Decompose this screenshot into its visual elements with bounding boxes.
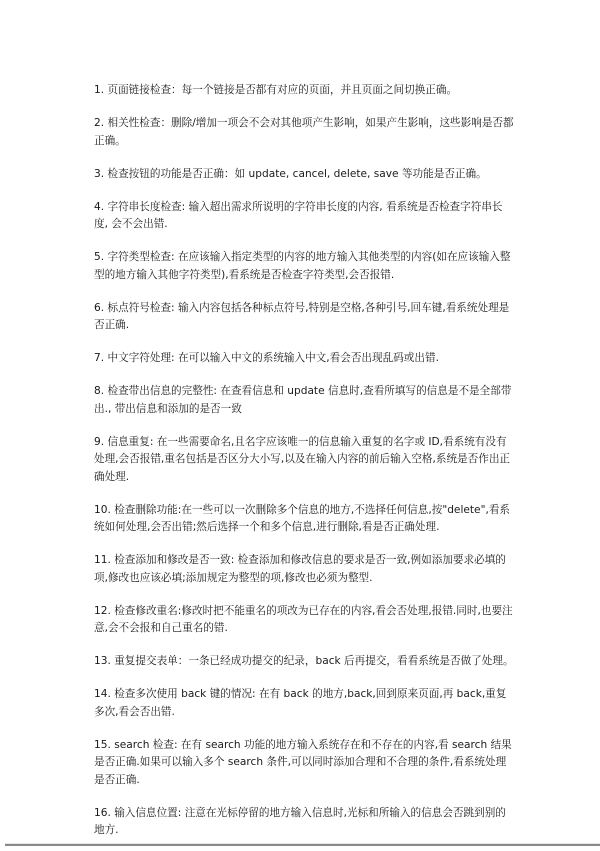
checklist-item-multiple-back: 14. 检查多次使用 back 键的情况: 在有 back 的地方,back,回… <box>94 686 514 721</box>
checklist-item-duplicate-info: 9. 信息重复: 在一些需要命名,且名字应该唯一的信息输入重复的名字或 ID,看… <box>94 434 514 487</box>
page-bottom-divider <box>5 844 600 846</box>
checklist-item-character-type-check: 5. 字符类型检查: 在应该输入指定类型的内容的地方输入其他类型的内容(如在应该… <box>94 249 514 284</box>
checklist-item-search-check: 15. search 检查: 在有 search 功能的地方输入系统存在和不存在… <box>94 737 514 790</box>
checklist-item-resubmit-form: 13. 重复提交表单：一条已经成功提交的纪录，back 后再提交，看看系统是否做… <box>94 653 514 671</box>
checklist-item-edit-duplicate-name: 12. 检查修改重名:修改时把不能重名的项改为已存在的内容,看会否处理,报错.同… <box>94 603 514 638</box>
checklist-item-page-link-check: 1. 页面链接检查：每一个链接是否都有对应的页面，并且页面之间切换正确。 <box>94 82 514 100</box>
document-page: 1. 页面链接检查：每一个链接是否都有对应的页面，并且页面之间切换正确。 2. … <box>94 82 514 851</box>
checklist-item-string-length-check: 4. 字符串长度检查: 输入超出需求所说明的字符串长度的内容, 看系统是否检查字… <box>94 199 514 234</box>
checklist-item-button-function-check: 3. 检查按钮的功能是否正确：如 update, cancel, delete,… <box>94 166 514 184</box>
checklist-item-dependency-check: 2. 相关性检查：删除/增加一项会不会对其他项产生影响，如果产生影响，这些影响是… <box>94 115 514 150</box>
checklist-item-carried-info-completeness: 8. 检查带出信息的完整性: 在查看信息和 update 信息时,查看所填写的信… <box>94 383 514 418</box>
checklist-item-delete-function-check: 10. 检查删除功能:在一些可以一次删除多个信息的地方,不选择任何信息,按"de… <box>94 502 514 537</box>
checklist-item-add-edit-consistency: 11. 检查添加和修改是否一致: 检查添加和修改信息的要求是否一致,例如添加要求… <box>94 552 514 587</box>
checklist-item-punctuation-check: 6. 标点符号检查: 输入内容包括各种标点符号,特别是空格,各种引号,回车键,看… <box>94 300 514 335</box>
checklist-item-chinese-character-handling: 7. 中文字符处理: 在可以输入中文的系统输入中文,看会否出现乱码或出错. <box>94 350 514 368</box>
checklist-item-input-position: 16. 输入信息位置: 注意在光标停留的地方输入信息时,光标和所输入的信息会否跳… <box>94 805 514 840</box>
